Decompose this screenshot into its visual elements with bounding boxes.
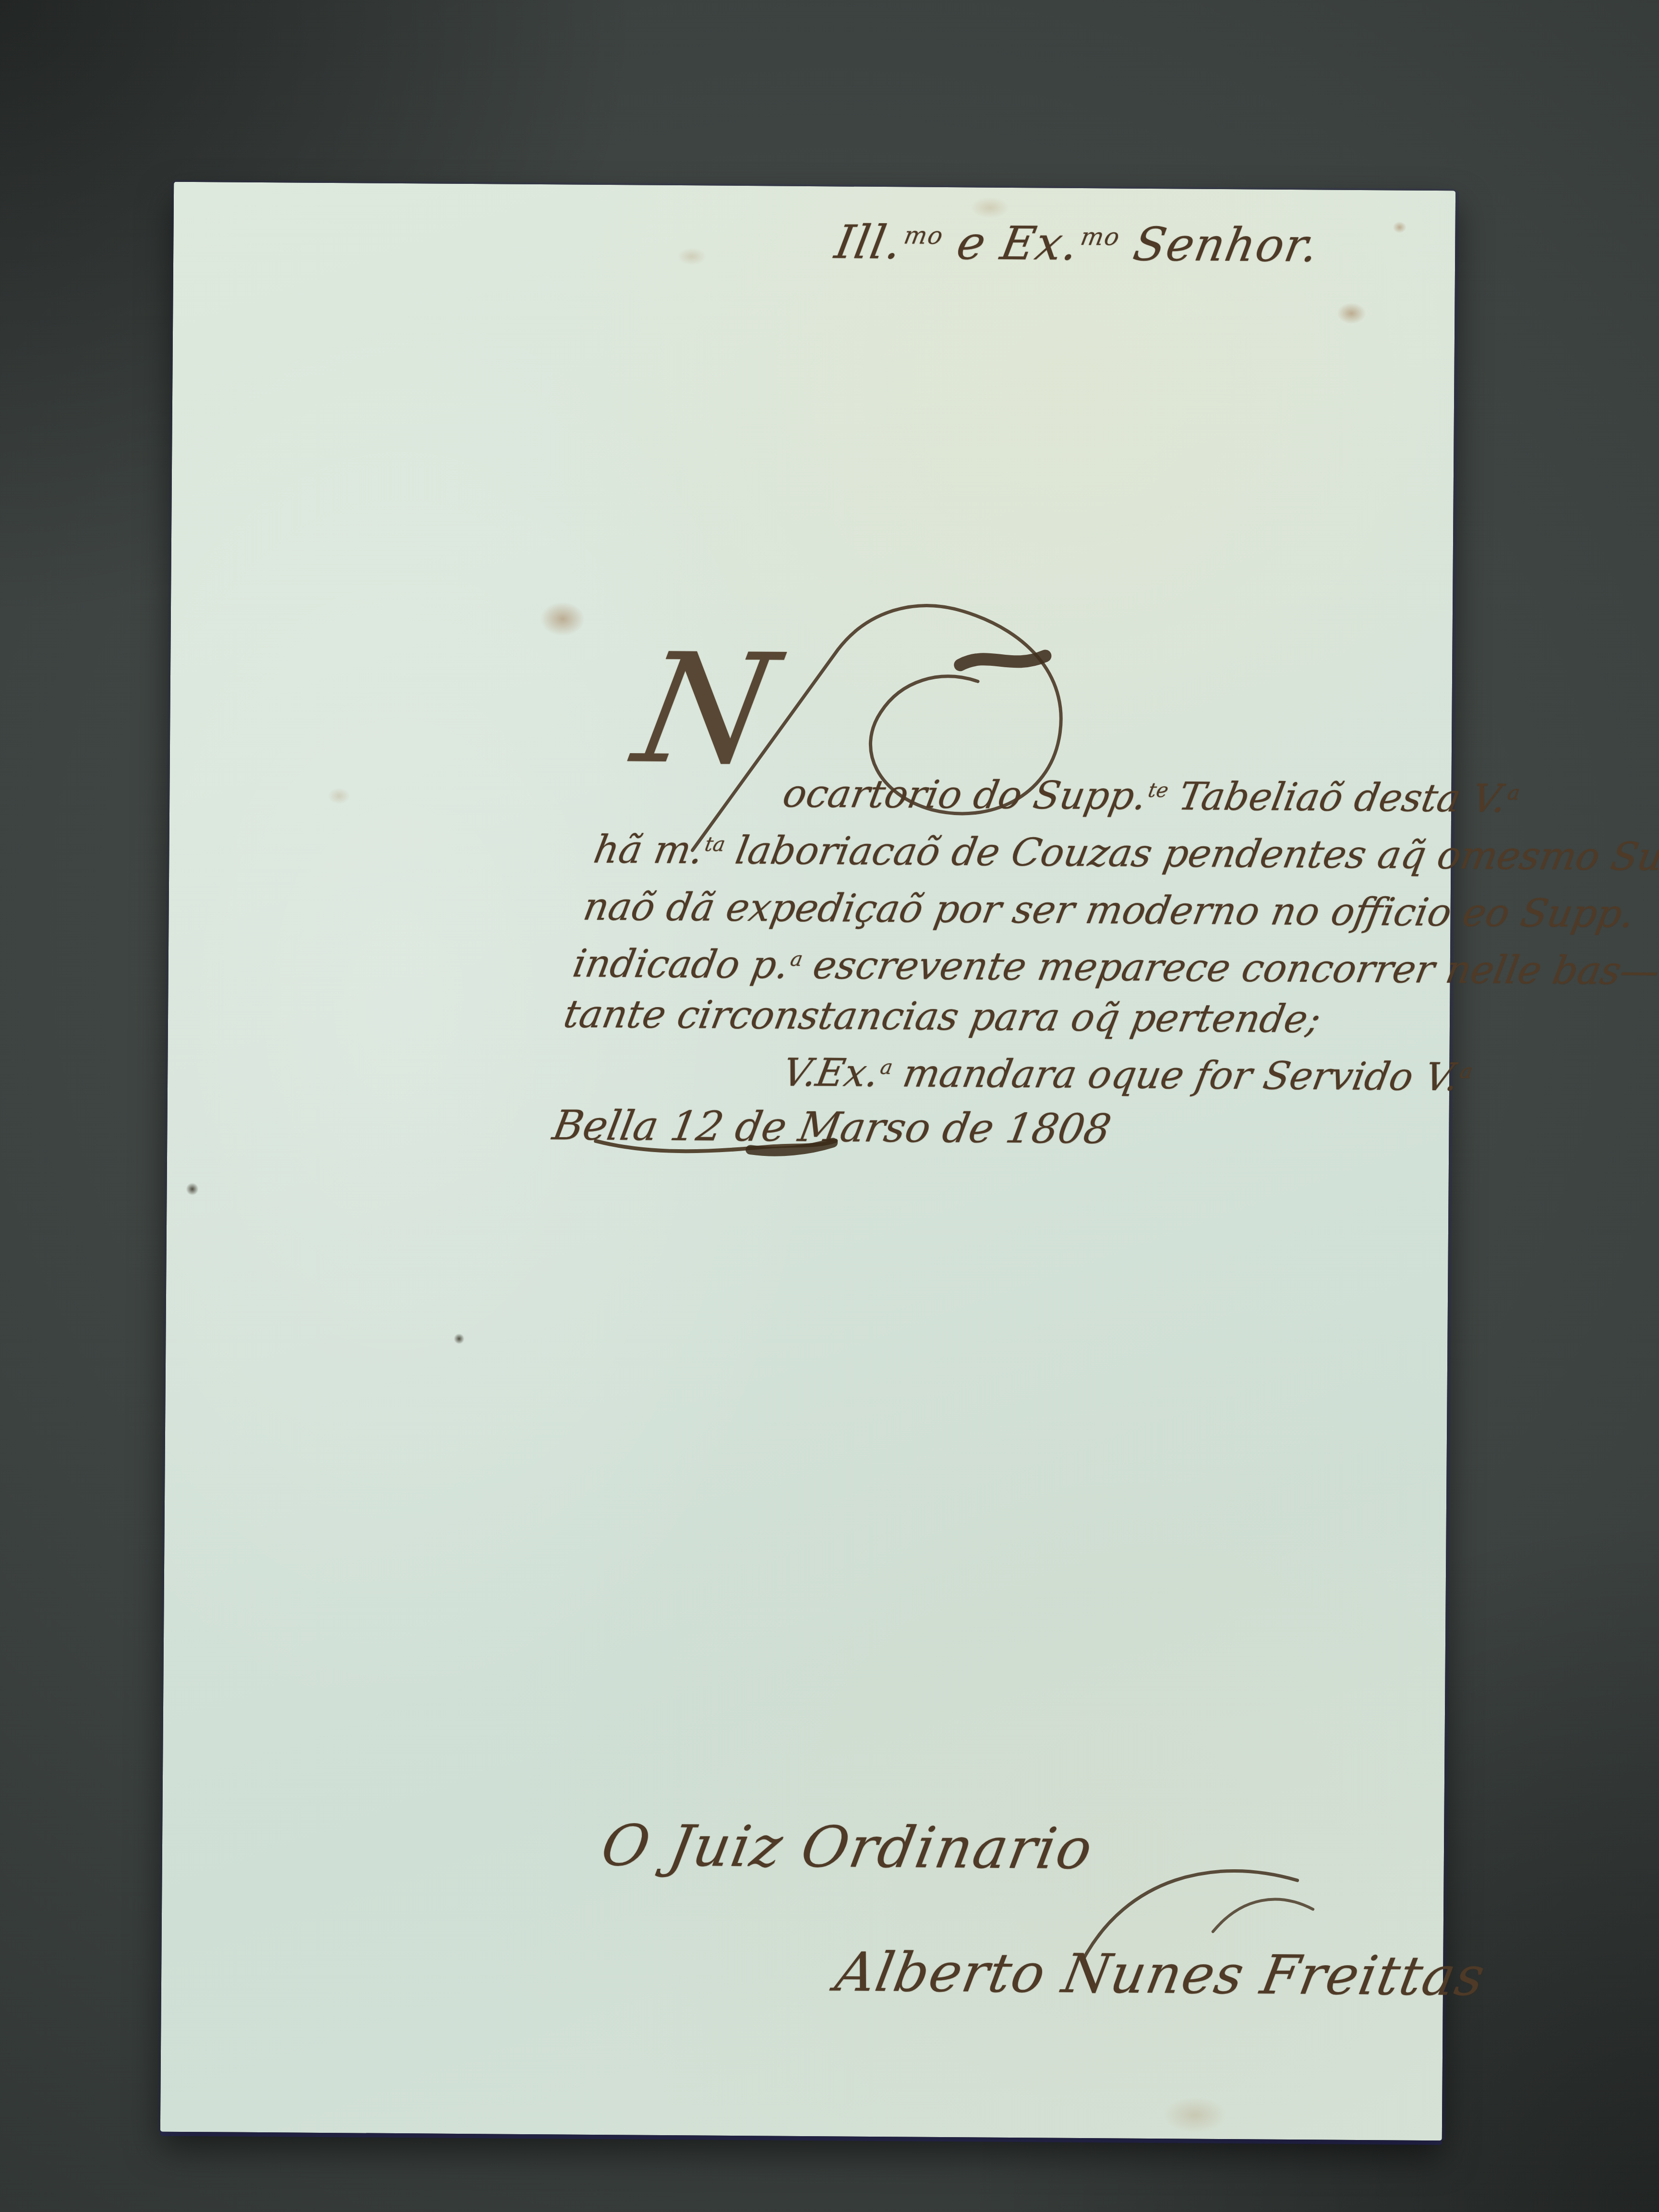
body-line: indicado p.a escrevente meparece concorr… [569,932,1587,996]
body-text-segment: escrevente meparece concorrer nelle bas— [797,942,1659,993]
body-line: hã m.ta laboriacaõ de Couzas pendentes a… [589,818,1608,888]
stain-mark [971,197,1009,218]
salutation-segment: Ill. [831,215,907,269]
body-line: ocartorio do Supp.te Tabeliaõ desta V.a [601,761,1619,825]
body-text-segment: Tabeliaõ desta V. [1163,774,1510,821]
body-text-segment: tante circonstancias para oq̃ pertende; [560,992,1324,1042]
date-text: Bella 12 de Marso de 1808 [549,1102,1115,1153]
stain-mark [454,1334,464,1344]
stain-mark [328,788,350,804]
stain-mark [541,602,585,636]
body-text-segment: laboriacaõ de Couzas pendentes aq̃ omesm… [720,828,1659,879]
manuscript-page: Ill.mo e Ex.mo Senhor. N ocartorio do Su… [160,182,1455,2141]
photo-backdrop: Ill.mo e Ex.mo Senhor. N ocartorio do Su… [0,0,1659,2212]
salutation-superscript: mo [1078,223,1122,251]
salutation-segment: e Ex. [937,216,1083,271]
body-line-closing-formula: V.Ex.a mandara oque for Servido V.a [549,1040,1568,1104]
signature-juiz-ordinario: O Juiz Ordinario [597,1812,1099,1882]
body-text-segment: naõ dã expediçaõ por ser moderno no offi… [580,884,1638,936]
date-line: Bella 12 de Marso de 1808 [539,1100,1556,1158]
salutation-superscript: mo [902,221,946,249]
body-line: tante circonstancias para oq̃ pertende; [560,989,1577,1047]
stain-mark [1164,2097,1226,2133]
petition-body: ocartorio do Supp.te Tabeliaõ desta V.a … [539,761,1619,1158]
stain-mark [1393,221,1407,233]
body-text-segment: hã m. [590,827,707,872]
stain-mark [1337,303,1366,324]
stain-mark [186,1183,198,1195]
body-text-segment: ocartorio do Supp. [780,771,1151,818]
body-text-segment: mandara oque for Servido V. [887,1051,1462,1099]
body-text-segment: V.Ex. [779,1050,882,1095]
salutation: Ill.mo e Ex.mo Senhor. [831,215,1323,272]
signature-alberto-nunes: Alberto Nunes Freittas [831,1941,1490,2008]
stain-mark [677,248,706,265]
salutation-segment: Senhor. [1114,217,1323,273]
body-text-segment: indicado p. [570,941,793,987]
body-line: naõ dã expediçaõ por ser moderno no offi… [579,881,1597,939]
